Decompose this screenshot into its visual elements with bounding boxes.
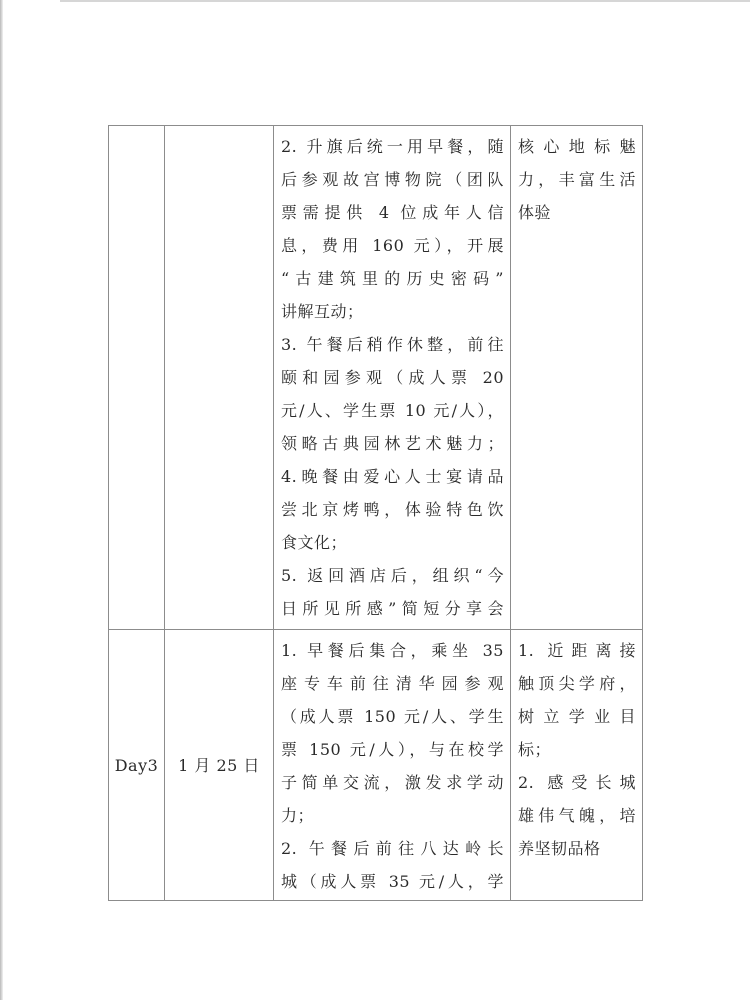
goal-line: 体验 [518,196,636,229]
day-cell: Day3 [109,630,165,901]
day-cell [109,126,165,630]
activity-line: 3. 午餐后稍作休整，前往 [281,328,504,361]
activity-line: 颐和园参观（成人票 20 [281,361,504,394]
itinerary-table: 2. 升旗后统一用早餐，随 后参观故宫博物院（团队 票需提供 4 位成年人信 息… [108,125,643,901]
activity-line: 后参观故宫博物院（团队 [281,163,504,196]
goal-line: 1. 近距离接 [518,634,636,667]
goals-cell: 核心地标魅 力，丰富生活 体验 [511,126,643,630]
day-label: Day3 [115,756,159,775]
activity-line: 力； [281,799,504,832]
date-cell: 1 月 25 日 [165,630,274,901]
goal-line: 雄伟气魄，培 [518,799,636,832]
goal-line: 触顶尖学府， [518,667,636,700]
activity-line: 元/人、学生票 10 元/人）， [281,394,504,427]
goal-line: 核心地标魅 [518,130,636,163]
activity-line: 1. 早餐后集合，乘坐 35 [281,634,504,667]
table-row: 2. 升旗后统一用早餐，随 后参观故宫博物院（团队 票需提供 4 位成年人信 息… [109,126,643,630]
activity-line: 座专车前往清华园参观 [281,667,504,700]
activity-line: 讲解互动； [281,295,504,328]
activity-line: 尝北京烤鸭，体验特色饮 [281,493,504,526]
activity-line: （成人票 150 元/人、学生 [281,700,504,733]
activities-cell: 1. 早餐后集合，乘坐 35 座专车前往清华园参观 （成人票 150 元/人、学… [274,630,511,901]
date-cell [165,126,274,630]
goal-line: 2. 感受长城 [518,766,636,799]
table-row: Day3 1 月 25 日 1. 早餐后集合，乘坐 35 座专车前往清华园参观 … [109,630,643,901]
activity-line: 4.晚餐由爱心人士宴请品 [281,460,504,493]
goal-line: 标； [518,733,636,766]
activity-line: 领略古典园林艺术魅力； [281,427,504,460]
goal-line: 养坚韧品格 [518,832,636,865]
activities-cell: 2. 升旗后统一用早餐，随 后参观故宫博物院（团队 票需提供 4 位成年人信 息… [274,126,511,630]
goal-line: 力，丰富生活 [518,163,636,196]
activity-line: 5. 返回酒店后，组织“今 [281,559,504,592]
scan-page-edge-top [60,0,750,2]
scan-page-edge-left [0,0,3,1000]
date-label: 1 月 25 日 [178,756,260,775]
activity-line: 2. 升旗后统一用早餐，随 [281,130,504,163]
activity-line: 票 150 元/人），与在校学 [281,733,504,766]
goal-line: 树立学业目 [518,700,636,733]
activity-line: 票需提供 4 位成年人信 [281,196,504,229]
activity-line: “古建筑里的历史密码” [281,262,504,295]
activity-line: 2. 午餐后前往八达岭长 [281,832,504,865]
activity-line: 食文化； [281,526,504,559]
activity-line: 城（成人票 35 元/人，学 [281,865,504,898]
activity-line: 日所见所感”简短分享会 [281,592,504,625]
goals-cell: 1. 近距离接 触顶尖学府， 树立学业目 标； 2. 感受长城 雄伟气魄，培 养… [511,630,643,901]
activity-line: 子简单交流，激发求学动 [281,766,504,799]
activity-line: 息，费用 160 元），开展 [281,229,504,262]
